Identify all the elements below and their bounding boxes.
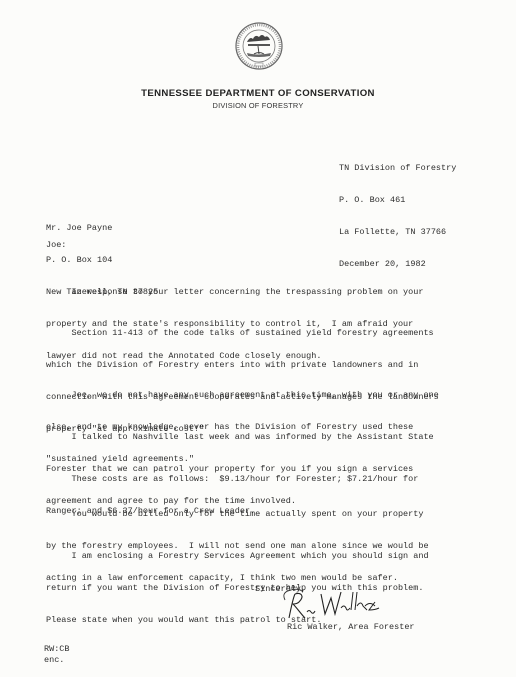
letterhead-title: TENNESSEE DEPARTMENT OF CONSERVATION — [0, 88, 516, 99]
body-line: Section 11-413 of the code talks of sust… — [46, 328, 439, 339]
body-line: Joe, we do not have any such agreement a… — [46, 390, 439, 401]
typist-initials: RW:CB — [44, 644, 70, 655]
salutation: Joe: — [46, 240, 66, 251]
letterhead-subtitle: DIVISION OF FORESTRY — [0, 101, 516, 110]
handwritten-signature — [283, 588, 383, 624]
recipient-line: P. O. Box 104 — [46, 255, 158, 266]
body-line: You would be billed only for the time ac… — [46, 509, 429, 520]
tennessee-seal-icon — [234, 20, 284, 72]
sender-line: La Follette, TN 37766 — [339, 227, 456, 238]
letter-page: TENNESSEE DEPARTMENT OF CONSERVATION DIV… — [0, 0, 516, 677]
sender-line: P. O. Box 461 — [339, 195, 456, 206]
recipient-name: Mr. Joe Payne — [46, 223, 158, 234]
signer-name-title: Ric Walker, Area Forester — [287, 622, 415, 633]
body-line: I am enclosing a Forestry Services Agree… — [46, 551, 429, 562]
body-line: I talked to Nashville last week and was … — [46, 432, 434, 443]
body-line: In response to your letter concerning th… — [46, 287, 423, 298]
sender-line: TN Division of Forestry — [339, 163, 456, 174]
body-line: These costs are as follows: $9.13/hour f… — [46, 474, 418, 485]
enclosure-note: enc. — [44, 655, 64, 666]
